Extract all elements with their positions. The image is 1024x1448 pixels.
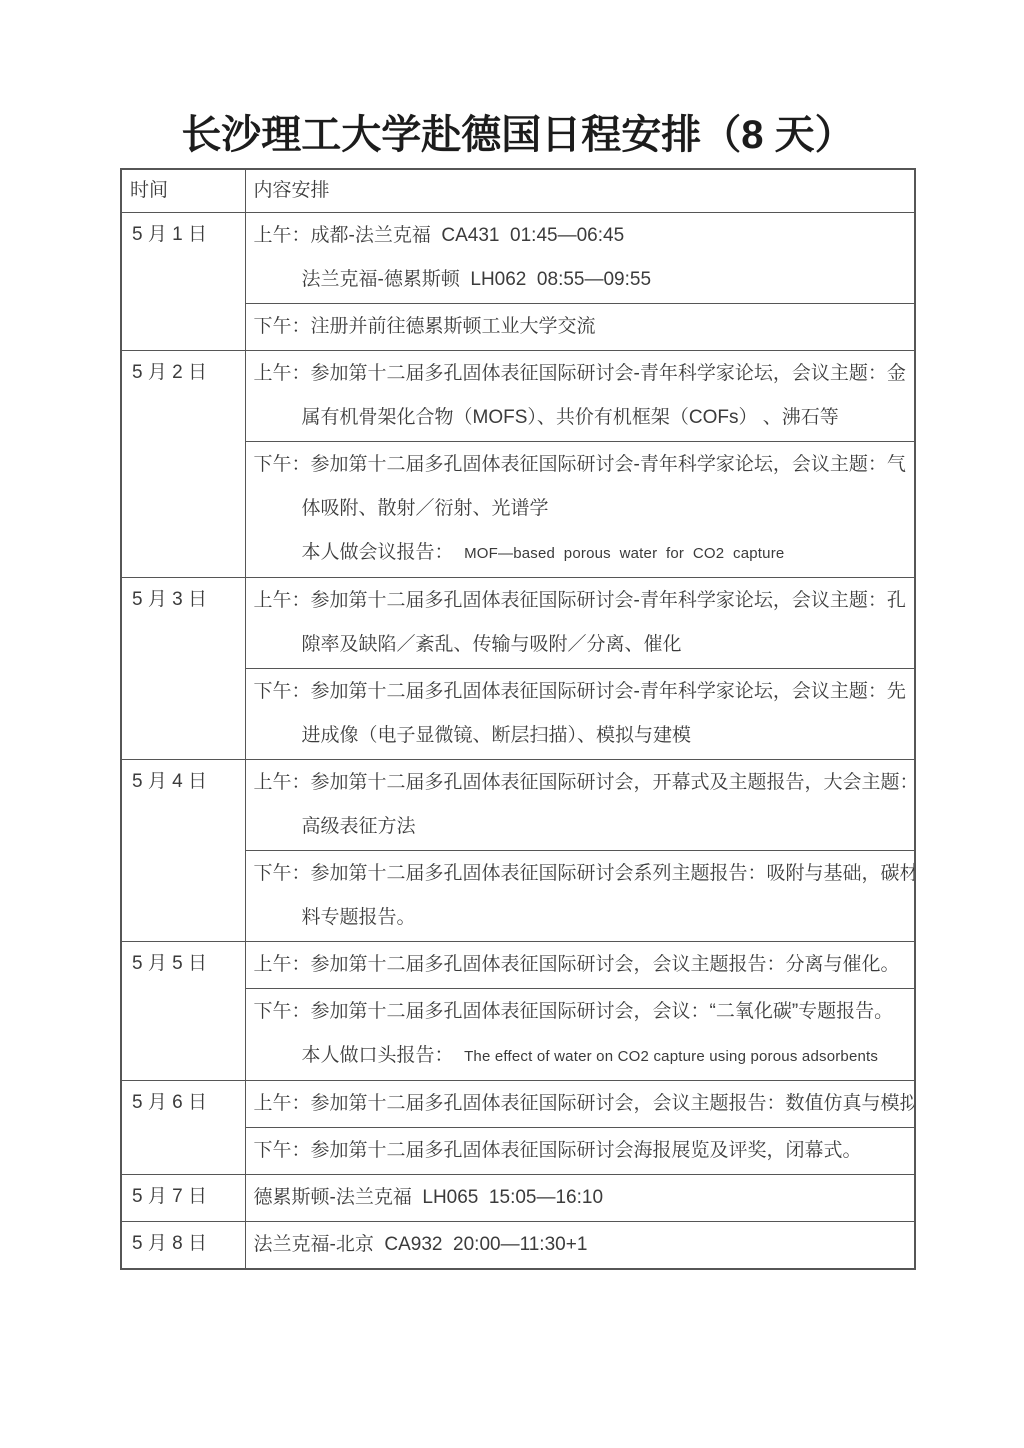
date-cell: 5 月 3 日: [121, 578, 245, 760]
date-cell: 5 月 4 日: [121, 760, 245, 942]
date-cell: 5 月 1 日: [121, 213, 245, 351]
date-cell: 5 月 8 日: [121, 1222, 245, 1270]
schedule-line: 上午：成都-法兰克福 CA431 01:45—06:45: [254, 214, 909, 258]
english-text: MOF—based porous water for CO2 capture: [464, 545, 784, 562]
table-row: 5 月 7 日德累斯顿-法兰克福 LH065 15:05—16:10: [121, 1175, 915, 1222]
schedule-line: 下午：参加第十二届多孔固体表征国际研讨会-青年科学家论坛，会议主题：气: [254, 443, 909, 487]
table-row: 5 月 4 日上午：参加第十二届多孔固体表征国际研讨会，开幕式及主题报告，大会主…: [121, 760, 915, 851]
content-cell: 上午：参加第十二届多孔固体表征国际研讨会，开幕式及主题报告，大会主题：高级表征方…: [245, 760, 915, 851]
content-cell: 下午：参加第十二届多孔固体表征国际研讨会，会议：“二氧化碳”专题报告。本人做口头…: [245, 989, 915, 1081]
content-cell: 上午：参加第十二届多孔固体表征国际研讨会-青年科学家论坛，会议主题：金属有机骨架…: [245, 351, 915, 442]
schedule-line: 本人做口头报告： The effect of water on CO2 capt…: [254, 1034, 909, 1079]
content-cell: 德累斯顿-法兰克福 LH065 15:05—16:10: [245, 1175, 915, 1222]
content-cell: 法兰克福-北京 CA932 20:00—11:30+1: [245, 1222, 915, 1270]
content-cell: 下午：参加第十二届多孔固体表征国际研讨会系列主题报告：吸附与基础，碳材料专题报告…: [245, 851, 915, 942]
content-cell: 下午：参加第十二届多孔固体表征国际研讨会-青年科学家论坛，会议主题：气体吸附、散…: [245, 442, 915, 578]
schedule-line: 上午：参加第十二届多孔固体表征国际研讨会-青年科学家论坛，会议主题：孔: [254, 579, 909, 623]
date-cell: 5 月 5 日: [121, 942, 245, 1081]
english-text: The effect of water on CO2 capture using…: [464, 1048, 878, 1065]
schedule-line: 高级表征方法: [254, 805, 909, 849]
schedule-table-body: 时间 内容安排 5 月 1 日上午：成都-法兰克福 CA431 01:45—06…: [121, 169, 915, 1269]
content-cell: 下午：参加第十二届多孔固体表征国际研讨会-青年科学家论坛，会议主题：先进成像（电…: [245, 669, 915, 760]
schedule-line: 本人做会议报告： MOF—based porous water for CO2 …: [254, 531, 909, 576]
content-cell: 上午：参加第十二届多孔固体表征国际研讨会，会议主题报告：分离与催化。: [245, 942, 915, 989]
schedule-line: 下午：参加第十二届多孔固体表征国际研讨会-青年科学家论坛，会议主题：先: [254, 670, 909, 714]
schedule-line: 体吸附、散射／衍射、光谱学: [254, 487, 909, 531]
table-row: 5 月 6 日上午：参加第十二届多孔固体表征国际研讨会，会议主题报告：数值仿真与…: [121, 1081, 915, 1128]
column-header-content: 内容安排: [245, 169, 915, 213]
schedule-line: 法兰克福-德累斯顿 LH062 08:55—09:55: [254, 258, 909, 302]
content-cell: 下午：注册并前往德累斯顿工业大学交流: [245, 304, 915, 351]
document-page: 长沙理工大学赴德国日程安排（8 天） 时间 内容安排 5 月 1 日上午：成都-…: [0, 0, 1024, 1448]
page-title: 长沙理工大学赴德国日程安排（8 天）: [120, 112, 916, 159]
schedule-line: 法兰克福-北京 CA932 20:00—11:30+1: [254, 1223, 909, 1267]
table-row: 5 月 8 日法兰克福-北京 CA932 20:00—11:30+1: [121, 1222, 915, 1270]
content-cell: 下午：参加第十二届多孔固体表征国际研讨会海报展览及评奖，闭幕式。: [245, 1128, 915, 1175]
table-row: 5 月 1 日上午：成都-法兰克福 CA431 01:45—06:45法兰克福-…: [121, 213, 915, 304]
date-cell: 5 月 7 日: [121, 1175, 245, 1222]
schedule-line: 上午：参加第十二届多孔固体表征国际研讨会-青年科学家论坛，会议主题：金: [254, 352, 909, 396]
schedule-line: 隙率及缺陷／紊乱、传输与吸附／分离、催化: [254, 623, 909, 667]
schedule-line: 进成像（电子显微镜、断层扫描）、模拟与建模: [254, 714, 909, 758]
schedule-line: 料专题报告。: [254, 896, 909, 940]
content-cell: 上午：参加第十二届多孔固体表征国际研讨会-青年科学家论坛，会议主题：孔隙率及缺陷…: [245, 578, 915, 669]
date-cell: 5 月 2 日: [121, 351, 245, 578]
table-row: 5 月 3 日上午：参加第十二届多孔固体表征国际研讨会-青年科学家论坛，会议主题…: [121, 578, 915, 669]
date-cell: 5 月 6 日: [121, 1081, 245, 1175]
schedule-line: 属有机骨架化合物（MOFS）、共价有机框架（COFs） 、沸石等: [254, 396, 909, 440]
content-cell: 上午：成都-法兰克福 CA431 01:45—06:45法兰克福-德累斯顿 LH…: [245, 213, 915, 304]
schedule-line: 下午：参加第十二届多孔固体表征国际研讨会系列主题报告：吸附与基础，碳材: [254, 852, 909, 896]
schedule-line: 下午：注册并前往德累斯顿工业大学交流: [254, 305, 909, 349]
header-row: 时间 内容安排: [121, 169, 915, 213]
schedule-line: 上午：参加第十二届多孔固体表征国际研讨会，会议主题报告：分离与催化。: [254, 943, 909, 987]
column-header-time: 时间: [121, 169, 245, 213]
table-row: 5 月 2 日上午：参加第十二届多孔固体表征国际研讨会-青年科学家论坛，会议主题…: [121, 351, 915, 442]
schedule-table: 时间 内容安排 5 月 1 日上午：成都-法兰克福 CA431 01:45—06…: [120, 168, 916, 1270]
schedule-line: 下午：参加第十二届多孔固体表征国际研讨会，会议：“二氧化碳”专题报告。: [254, 990, 909, 1034]
schedule-line: 上午：参加第十二届多孔固体表征国际研讨会，开幕式及主题报告，大会主题：: [254, 761, 909, 805]
content-cell: 上午：参加第十二届多孔固体表征国际研讨会，会议主题报告：数值仿真与模拟: [245, 1081, 915, 1128]
schedule-line: 上午：参加第十二届多孔固体表征国际研讨会，会议主题报告：数值仿真与模拟: [254, 1082, 909, 1126]
table-row: 5 月 5 日上午：参加第十二届多孔固体表征国际研讨会，会议主题报告：分离与催化…: [121, 942, 915, 989]
schedule-line: 德累斯顿-法兰克福 LH065 15:05—16:10: [254, 1176, 909, 1220]
schedule-line: 下午：参加第十二届多孔固体表征国际研讨会海报展览及评奖，闭幕式。: [254, 1129, 909, 1173]
